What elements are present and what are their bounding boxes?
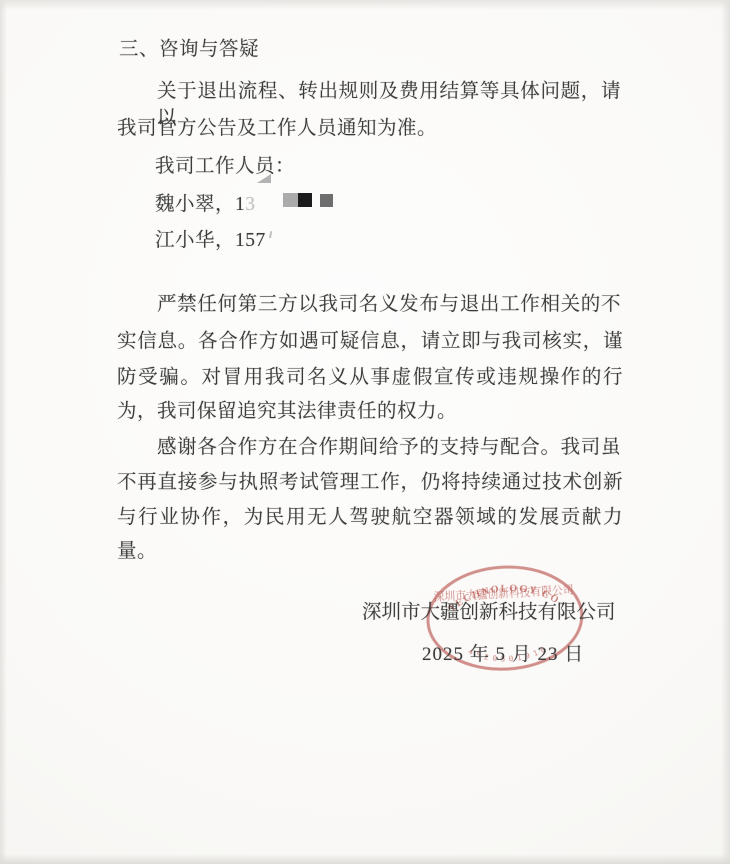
- erased-digit-mark: [269, 231, 272, 238]
- section-heading: 三、咨询与答疑: [119, 36, 259, 63]
- photo-edge-left: [0, 0, 7, 864]
- contact-line-2: 江小华，157: [155, 227, 270, 254]
- date-line: 2025 年 5 月 23 日: [422, 641, 584, 668]
- para3-line-4: 量。: [117, 538, 157, 565]
- para2-line-3: 防受骗。对冒用我司名义从事虚假宣传或违规操作的行: [117, 364, 623, 391]
- para2-line-2: 实信息。各合作方如遇可疑信息，请立即与我司核实，谨: [117, 328, 623, 355]
- redaction-box-3: [320, 194, 333, 207]
- para2-line-1: 严禁任何第三方以我司名义发布与退出工作相关的不: [157, 291, 621, 318]
- redaction-box-1: [283, 193, 298, 207]
- para2-line-4: 为，我司保留追究其法律责任的权力。: [117, 398, 457, 425]
- para3-line-3: 与行业协作，为民用无人驾驶航空器领域的发展贡献力: [117, 504, 623, 531]
- paper-smudge-artifact: [257, 174, 271, 183]
- company-signature: 深圳市大疆创新科技有限公司: [362, 599, 616, 626]
- para1-line-1: 关于退出流程、转出规则及费用结算等具体问题，请以: [157, 78, 621, 105]
- redaction-box-2: [298, 193, 312, 207]
- contact1-faint-digit: 3: [245, 194, 255, 215]
- para3-line-1: 感谢各合作方在合作期间给予的支持与配合。我司虽: [157, 434, 621, 461]
- photo-edge-bottom: [0, 854, 730, 864]
- document-photo: 三、咨询与答疑 关于退出流程、转出规则及费用结算等具体问题，请以 我司官方公告及…: [0, 0, 730, 864]
- photo-edge-right: [721, 0, 730, 864]
- photo-edge-top: [0, 0, 730, 10]
- contact2-text: 江小华，157: [155, 230, 266, 251]
- para3-line-2: 不再直接参与执照考试管理工作，仍将持续通过技术创新: [117, 469, 623, 496]
- contact-line-1: 魏小翠，13: [155, 191, 256, 218]
- contact1-text: 魏小翠，1: [155, 194, 245, 215]
- staff-label-line: 我司工作人员：: [155, 153, 295, 180]
- para1-line-2: 我司官方公告及工作人员通知为准。: [117, 115, 437, 142]
